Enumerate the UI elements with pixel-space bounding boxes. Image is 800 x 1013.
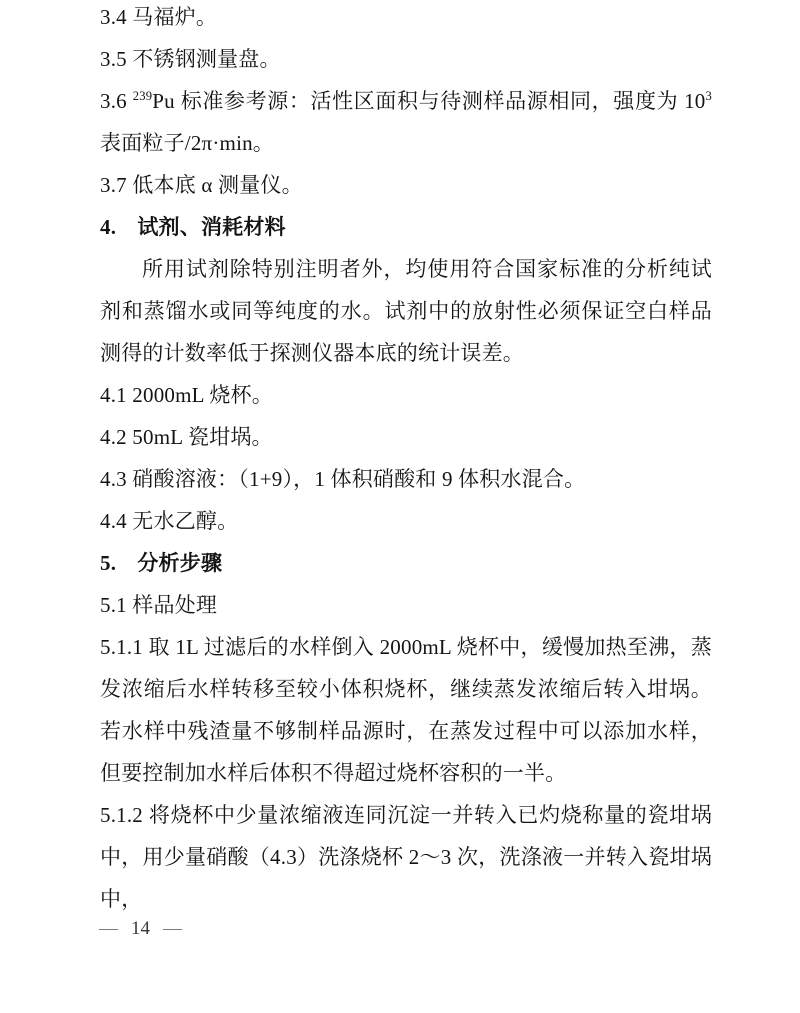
footer-dash-right: — [163,916,182,942]
paragraph-text: 5. 分析步骤 [100,551,222,575]
paragraph-text: 4.2 50mL 瓷坩埚。 [100,425,273,449]
clause-4-2: 4.2 50mL 瓷坩埚。 [100,416,712,458]
paragraph-text: 5.1.2 将烧杯中少量浓缩液连同沉淀一并转入已灼烧称量的瓷坩埚中，用少量硝酸（… [100,803,712,911]
paragraph-text: 3.5 不锈钢测量盘。 [100,47,281,71]
section-5-heading: 5. 分析步骤 [100,542,712,584]
clause-4-4: 4.4 无水乙醇。 [100,500,712,542]
paragraph-text: 5.1 样品处理 [100,593,217,617]
section-4-intro: 所用试剂除特别注明者外，均使用符合国家标准的分析纯试剂和蒸馏水或同等纯度的水。试… [100,248,712,374]
section-4-heading: 4. 试剂、消耗材料 [100,206,712,248]
paragraph-text: 5.1.1 取 1L 过滤后的水样倒入 2000mL 烧杯中，缓慢加热至沸，蒸发… [100,635,712,785]
paragraph-text: 4.3 硝酸溶液：（1+9），1 体积硝酸和 9 体积水混合。 [100,467,585,491]
paragraph-text: 4. 试剂、消耗材料 [100,215,286,239]
paragraph-text: 4.1 2000mL 烧杯。 [100,383,273,407]
clause-5-1-1: 5.1.1 取 1L 过滤后的水样倒入 2000mL 烧杯中，缓慢加热至沸，蒸发… [100,626,712,794]
superscript-text: 3 [705,89,712,103]
clause-3-5: 3.5 不锈钢测量盘。 [100,38,712,80]
document-page: 3.4 马福炉。3.5 不锈钢测量盘。3.6 239Pu 标准参考源：活性区面积… [0,0,800,1013]
page-number: 14 [131,916,150,942]
paragraph-text: 表面粒子/2π·min。 [100,131,274,155]
page-footer: — 14 — [99,916,182,942]
paragraph-text: 所用试剂除特别注明者外，均使用符合国家标准的分析纯试剂和蒸馏水或同等纯度的水。试… [100,257,712,365]
document-body: 3.4 马福炉。3.5 不锈钢测量盘。3.6 239Pu 标准参考源：活性区面积… [100,0,712,920]
paragraph-text: 3.7 低本底 α 测量仪。 [100,173,303,197]
clause-3-4: 3.4 马福炉。 [100,0,712,38]
superscript-text: 239 [133,89,153,103]
clause-4-1: 4.1 2000mL 烧杯。 [100,374,712,416]
clause-5-1: 5.1 样品处理 [100,584,712,626]
clause-5-1-2: 5.1.2 将烧杯中少量浓缩液连同沉淀一并转入已灼烧称量的瓷坩埚中，用少量硝酸（… [100,794,712,920]
paragraph-text: 3.6 [100,89,133,113]
paragraph-text: Pu 标准参考源：活性区面积与待测样品源相同，强度为 10 [152,89,705,113]
paragraph-text: 3.4 马福炉。 [100,5,217,29]
clause-3-6: 3.6 239Pu 标准参考源：活性区面积与待测样品源相同，强度为 103 表面… [100,80,712,164]
clause-4-3: 4.3 硝酸溶液：（1+9），1 体积硝酸和 9 体积水混合。 [100,458,712,500]
clause-3-7: 3.7 低本底 α 测量仪。 [100,164,712,206]
footer-dash-left: — [99,916,118,942]
paragraph-text: 4.4 无水乙醇。 [100,509,238,533]
